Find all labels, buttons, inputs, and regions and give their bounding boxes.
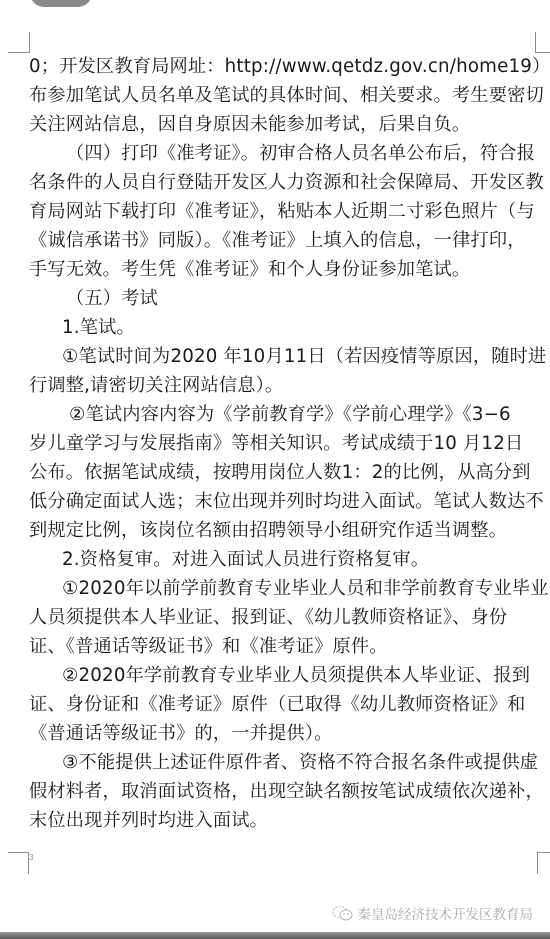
corner-mark-top-right: [535, 32, 550, 53]
subsection-heading-written-exam: 1.笔试。: [29, 313, 514, 342]
text-line: 名条件的人员自行登陆开发区人力资源和社会保障局、开发区教: [29, 168, 514, 197]
wechat-icon: [332, 905, 354, 922]
text-line: 0；开发区教育局网址：http://www.qetdz.gov.cn/home1…: [29, 52, 514, 81]
subsection-heading-qualification-review: 2.资格复审。对进入面试人员进行资格复审。: [29, 545, 514, 574]
text-line: 证、身份证和《准考证》原件（已取得《幼儿教师资格证》和: [29, 690, 514, 719]
top-pull-handle[interactable]: [30, 0, 92, 7]
text-line: 关注网站信息，因自身原因未能参加考试，后果自负。: [29, 110, 514, 139]
corner-mark-bottom-right: [537, 852, 550, 874]
text-line: 岁儿童学习与发展指南》等相关知识。考试成绩于10 月12日: [29, 429, 514, 458]
section-heading-exam: （五）考试: [29, 284, 514, 313]
text-line: 到规定比例，该岗位名额由招聘领导小组研究作适当调整。: [29, 516, 514, 545]
page-number: 3: [29, 853, 33, 862]
bottom-bar: [0, 932, 550, 939]
text-line: 手写无效。考生凭《准考证》和个人身份证参加笔试。: [29, 255, 514, 284]
text-line: ②笔试内容内容为《学前教育学》《学前心理学》《3−6: [29, 400, 514, 429]
watermark: 秦皇岛经济技术开发区教育局: [332, 903, 534, 923]
text-line: 末位出现并列时均进入面试。: [29, 806, 514, 835]
text-line: 证、《普通话等级证书》和《准考证》原件。: [29, 632, 514, 661]
text-line: 人员须提供本人毕业证、报到证、《幼儿教师资格证》、身份: [29, 603, 514, 632]
corner-mark-bottom-left: [8, 852, 29, 874]
corner-mark-top-left: [8, 32, 30, 53]
text-line: 公布。依据笔试成绩，按聘用岗位人数1：2的比例，从高分到: [29, 458, 514, 487]
text-line: 育局网站下载打印《准考证》，粘贴本人近期二寸彩色照片（与: [29, 197, 514, 226]
watermark-text: 秦皇岛经济技术开发区教育局: [358, 903, 534, 923]
text-line: ①2020年以前学前教育专业毕业人员和非学前教育专业毕业: [29, 574, 514, 603]
text-line: 行调整,请密切关注网站信息）。: [29, 371, 514, 400]
section-heading-print-admission: （四）打印《准考证》。初审合格人员名单公布后，符合报: [29, 139, 514, 168]
text-line: ③不能提供上述证件原件者、资格不符合报名条件或提供虚: [29, 748, 514, 777]
text-line: ②2020年学前教育专业毕业人员须提供本人毕业证、报到: [29, 661, 514, 690]
text-line: 假材料者，取消面试资格，出现空缺名额按笔试成绩依次递补，: [29, 777, 514, 806]
text-line: 《诚信承诺书》同版）。《准考证》上填入的信息，一律打印，: [29, 226, 514, 255]
text-line: 《普通话等级证书》的，一并提供）。: [29, 719, 514, 748]
text-line: 低分确定面试人选；末位出现并列时均进入面试。笔试人数达不: [29, 487, 514, 516]
text-line: ①笔试时间为2020 年10月11日（若因疫情等原因，随时进: [29, 342, 514, 371]
text-line: 布参加笔试人员名单及笔试的具体时间、相关要求。考生要密切: [29, 81, 514, 110]
document-body: 0；开发区教育局网址：http://www.qetdz.gov.cn/home1…: [29, 52, 514, 835]
